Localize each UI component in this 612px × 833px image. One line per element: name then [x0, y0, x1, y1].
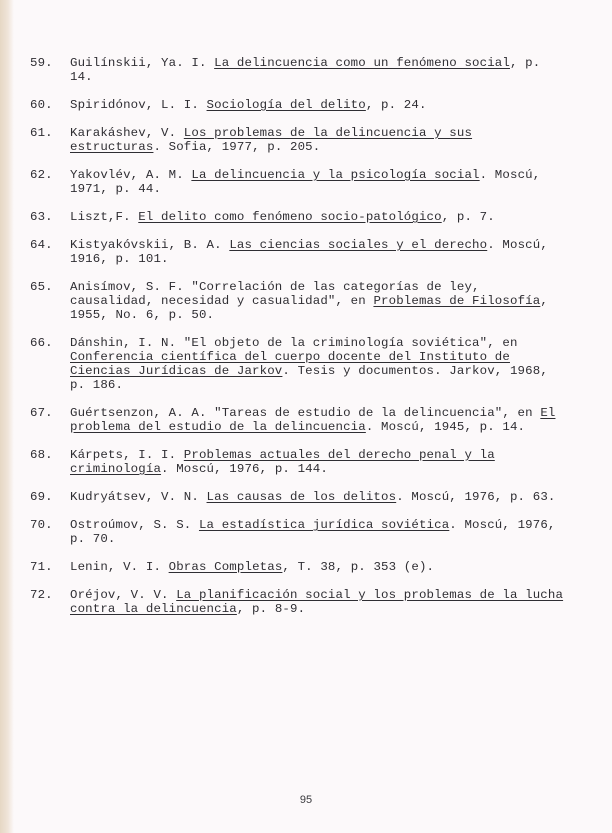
endnote-citation-text: , p. 7. — [442, 210, 495, 224]
endnote: 60. Spiridónov, L. I. Sociología del del… — [30, 98, 570, 112]
page-number: 95 — [0, 794, 612, 806]
endnote-citation-text: Ostroúmov, S. S. — [70, 518, 199, 532]
endnote-text: Karakáshev, V. Los problemas de la delin… — [70, 126, 472, 154]
endnote-citation-text: . Moscú, 1945, p. 14. — [366, 420, 525, 434]
endnote: 61. Karakáshev, V. Los problemas de la d… — [30, 126, 570, 154]
endnote-number: 72. — [30, 588, 53, 602]
endnote-number: 70. — [30, 518, 53, 532]
endnote-citation-text: Guértsenzon, A. A. "Tareas de estudio de… — [70, 406, 540, 420]
endnote-citation-text: , T. 38, p. 353 (e). — [282, 560, 434, 574]
endnote-text: Ostroúmov, S. S. La estadística jurídica… — [70, 518, 556, 546]
endnotes-list: 59. Guilínskii, Ya. I. La delincuencia c… — [30, 56, 570, 630]
endnote: 68. Kárpets, I. I. Problemas actuales de… — [30, 448, 570, 476]
endnote-citation-text: . Sofia, 1977, p. 205. — [153, 140, 320, 154]
endnote-text: Kistyakóvskii, B. A. Las ciencias social… — [70, 238, 548, 266]
endnote-citation-text: Lenin, V. I. — [70, 560, 169, 574]
endnote: 70. Ostroúmov, S. S. La estadística jurí… — [30, 518, 570, 546]
endnote: 69. Kudryátsev, V. N. Las causas de los … — [30, 490, 570, 504]
endnote-title: Obras Completas — [169, 560, 283, 574]
endnote-text: Spiridónov, L. I. Sociología del delito,… — [70, 98, 427, 112]
endnote-citation-text: , p. 24. — [366, 98, 427, 112]
endnote-text: Lenin, V. I. Obras Completas, T. 38, p. … — [70, 560, 434, 574]
endnote-citation-text: . Moscú, 1976, p. 63. — [396, 490, 555, 504]
endnote-number: 60. — [30, 98, 53, 112]
endnote-text: Guilínskii, Ya. I. La delincuencia como … — [70, 56, 540, 84]
endnote: 64. Kistyakóvskii, B. A. Las ciencias so… — [30, 238, 570, 266]
endnote-number: 64. — [30, 238, 53, 252]
endnote-citation-text: Karakáshev, V. — [70, 126, 184, 140]
endnote-title: Las ciencias sociales y el derecho — [229, 238, 487, 252]
endnote-number: 62. — [30, 168, 53, 182]
endnote: 72. Oréjov, V. V. La planificación socia… — [30, 588, 570, 616]
endnote-number: 71. — [30, 560, 53, 574]
endnote-text: Kárpets, I. I. Problemas actuales del de… — [70, 448, 495, 476]
endnote-text: Oréjov, V. V. La planificación social y … — [70, 588, 563, 616]
endnote-text: Liszt,F. El delito como fenómeno socio-p… — [70, 210, 495, 224]
endnote-citation-text: Kudryátsev, V. N. — [70, 490, 207, 504]
endnote-text: Yakovlév, A. M. La delincuencia y la psi… — [70, 168, 540, 196]
endnote-number: 59. — [30, 56, 53, 70]
endnote-citation-text: Dánshin, I. N. "El objeto de la criminol… — [70, 336, 518, 350]
endnote-title: Sociología del delito — [207, 98, 366, 112]
endnote-title: Las causas de los delitos — [207, 490, 397, 504]
endnote-number: 63. — [30, 210, 53, 224]
endnote-text: Guértsenzon, A. A. "Tareas de estudio de… — [70, 406, 555, 434]
endnote-number: 65. — [30, 280, 53, 294]
endnote-text: Kudryátsev, V. N. Las causas de los deli… — [70, 490, 556, 504]
endnote-citation-text: Yakovlév, A. M. — [70, 168, 191, 182]
page-binding-shadow — [0, 0, 14, 833]
endnote-number: 69. — [30, 490, 53, 504]
endnote-text: Dánshin, I. N. "El objeto de la criminol… — [70, 336, 548, 392]
endnote-title: La delincuencia y la psicología social — [191, 168, 479, 182]
endnote-citation-text: Oréjov, V. V. — [70, 588, 176, 602]
endnote-title: Problemas de Filosofía — [373, 294, 540, 308]
endnote-number: 66. — [30, 336, 53, 350]
endnote-citation-text: Spiridónov, L. I. — [70, 98, 207, 112]
endnote: 63. Liszt,F. El delito como fenómeno soc… — [30, 210, 570, 224]
endnote: 67. Guértsenzon, A. A. "Tareas de estudi… — [30, 406, 570, 434]
endnote: 62. Yakovlév, A. M. La delincuencia y la… — [30, 168, 570, 196]
endnote: 65. Anisímov, S. F. "Correlación de las … — [30, 280, 570, 322]
endnote-number: 67. — [30, 406, 53, 420]
endnote-number: 68. — [30, 448, 53, 462]
endnote-number: 61. — [30, 126, 53, 140]
endnote-citation-text: , p. 8-9. — [237, 602, 305, 616]
endnote-citation-text: Liszt,F. — [70, 210, 138, 224]
endnote: 71. Lenin, V. I. Obras Completas, T. 38,… — [30, 560, 570, 574]
endnote: 66. Dánshin, I. N. "El objeto de la crim… — [30, 336, 570, 392]
endnote-citation-text: Kistyakóvskii, B. A. — [70, 238, 229, 252]
endnote-citation-text: Guilínskii, Ya. I. — [70, 56, 214, 70]
endnote-citation-text: . Moscú, 1976, p. 144. — [161, 462, 328, 476]
endnote-title: La delincuencia como un fenómeno social — [214, 56, 510, 70]
endnote-text: Anisímov, S. F. "Correlación de las cate… — [70, 280, 548, 322]
endnote: 59. Guilínskii, Ya. I. La delincuencia c… — [30, 56, 570, 84]
endnote-title: El delito como fenómeno socio-patológico — [138, 210, 441, 224]
endnote-title: La estadística jurídica soviética — [199, 518, 449, 532]
endnote-citation-text: Kárpets, I. I. — [70, 448, 184, 462]
